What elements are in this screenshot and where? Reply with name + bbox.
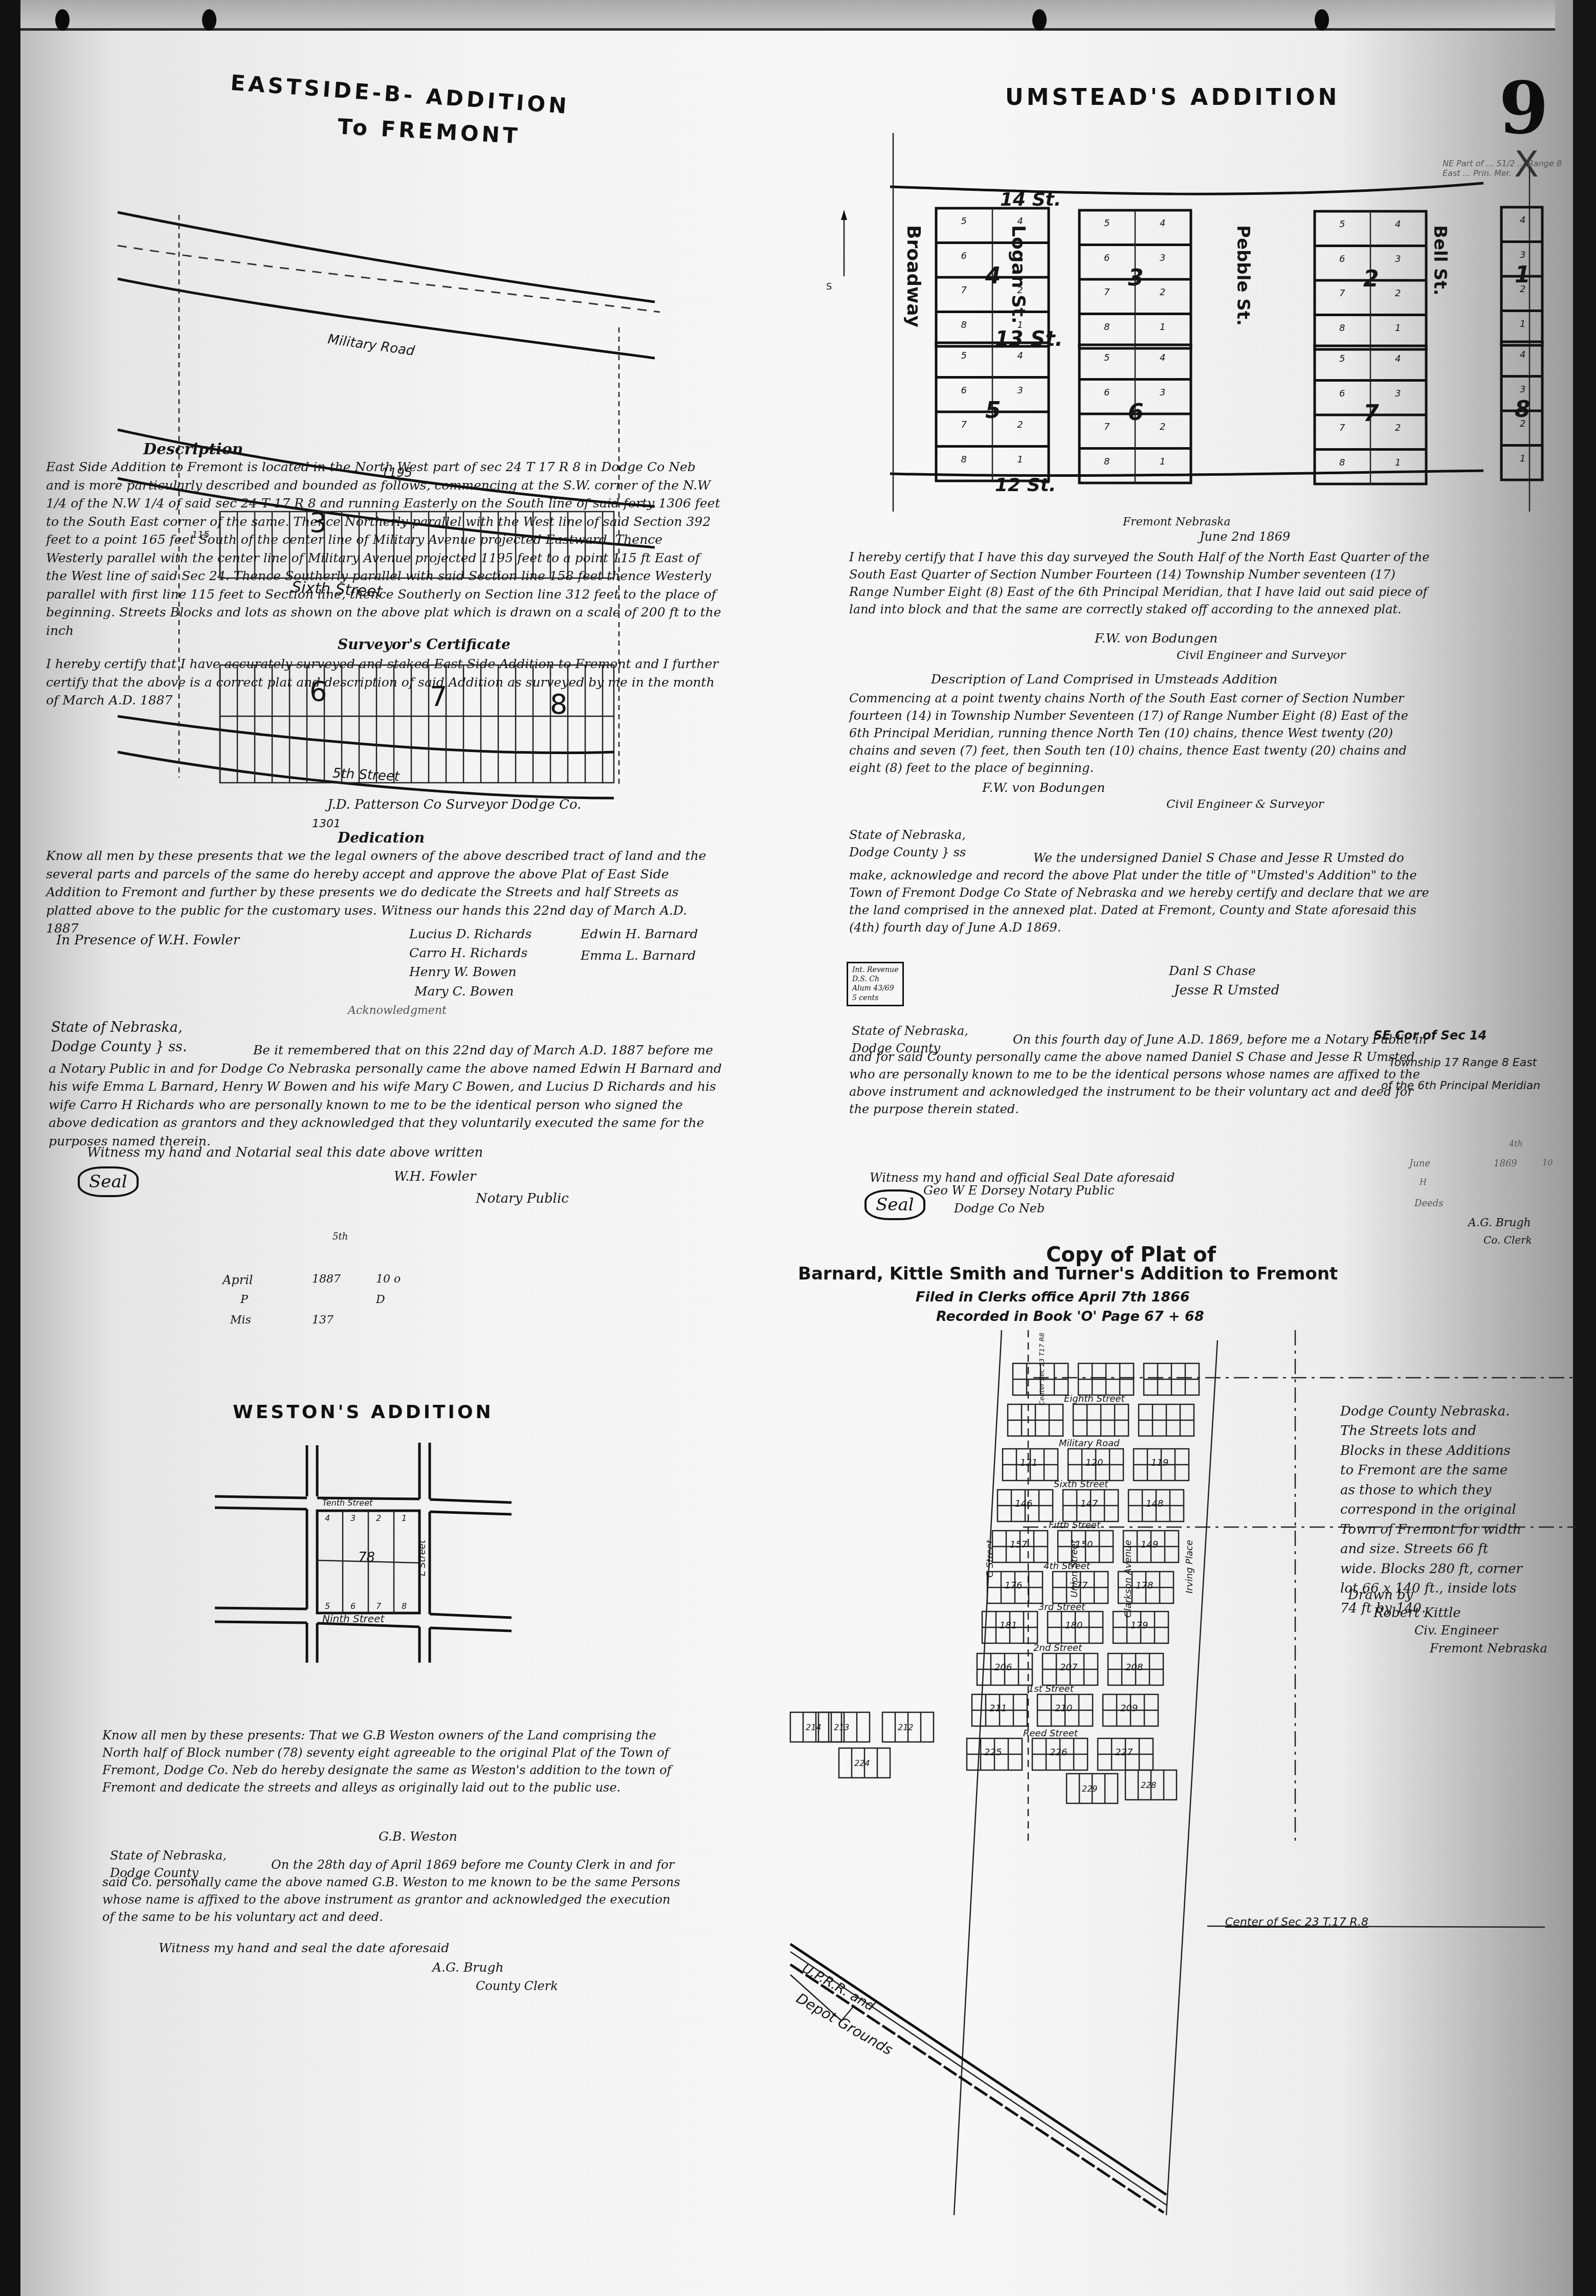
lot-number: 7 [961,420,966,430]
lot-number: 1 [1520,453,1525,464]
block-number: 4 [985,263,1001,289]
block-number: 206 [994,1662,1012,1673]
lot-number: 6 [1339,254,1345,264]
lot-number: 5 [1339,219,1345,230]
block-number: 226 [1050,1747,1067,1758]
block-number: 214 [806,1723,822,1732]
lot-number: 1 [1160,456,1165,467]
lot-number: 6 [961,251,966,261]
block-number: 147 [1080,1498,1098,1509]
block-number: 5 [985,398,1001,424]
lot-number: 2 [1017,285,1023,296]
lot-number: 8 [1104,456,1110,467]
lot-number: 2 [1395,288,1401,299]
street-label: 1st Street [1028,1684,1074,1694]
lot-number: 8 [1339,457,1345,468]
lot-number: 7 [961,285,966,296]
block-number: 146 [1015,1498,1032,1509]
block-number: 120 [1085,1458,1103,1468]
lot-number: 4 [1520,349,1525,360]
block-number: 6 [1128,400,1144,426]
barnard-plat-map [0,0,1596,2296]
block-number: 210 [1055,1703,1072,1714]
street-label: Eighth Street [1064,1394,1125,1404]
block-number: 228 [1141,1780,1157,1790]
block-number: 211 [989,1703,1007,1714]
lot-number: 2 [1520,418,1525,429]
lot-number: 4 [1160,218,1165,229]
block-number: 2 [1363,266,1379,292]
lot-number: 4 [1520,215,1525,226]
block-number: 148 [1146,1498,1163,1509]
lot-number: 3 [1520,250,1525,260]
lot-number: 4 [1017,216,1023,227]
lot-number: 4 [1017,350,1023,361]
block-number: 121 [1020,1458,1037,1468]
block-number: 207 [1060,1662,1077,1673]
lot-number: 1 [1160,322,1165,333]
street-label: Sixth Street [1054,1479,1108,1490]
block-number: 229 [1082,1784,1098,1794]
lot-number: 4 [1395,219,1401,230]
block-number: 176 [1005,1580,1022,1591]
street-label: 4th Street [1044,1561,1090,1572]
street-label: C Street [985,1540,995,1577]
street-label: Clarkson Avenue [1123,1540,1134,1618]
lot-number: 8 [961,320,966,330]
block-number: 149 [1141,1539,1158,1550]
lot-number: 5 [961,350,966,361]
lot-number: 3 [1017,251,1023,261]
lot-number: 5 [1104,352,1110,363]
lot-number: 1 [1395,323,1401,334]
lot-number: 7 [1339,288,1345,299]
barnard-drawn-by: Drawn by [1348,1586,1413,1605]
street-label: Fifth Street [1049,1520,1100,1531]
lot-number: 4 [1395,354,1401,364]
lot-number: 2 [1520,284,1525,295]
block-number: 119 [1151,1458,1168,1468]
block-number: 213 [834,1723,850,1732]
street-label: Irving Place [1184,1540,1195,1594]
lot-number: 2 [1160,422,1165,432]
block-number: 157 [1010,1539,1027,1550]
block-number: 7 [1363,401,1379,427]
lot-number: 7 [1339,423,1345,433]
street-label: Reed Street [1023,1728,1078,1739]
block-number: 3 [1128,265,1144,291]
lot-number: 3 [1395,254,1401,264]
lot-number: 6 [1104,253,1110,263]
lot-number: 2 [1160,287,1165,298]
lot-number: 3 [1395,388,1401,399]
lot-number: 8 [1339,323,1345,334]
lot-number: 5 [1339,354,1345,364]
lot-number: 1 [1017,320,1023,330]
lot-number: 3 [1160,387,1165,398]
block-number: 224 [854,1758,870,1768]
lot-number: 6 [1339,388,1345,399]
block-number: 181 [1000,1620,1017,1631]
lot-number: 6 [961,385,966,396]
block-number: 208 [1125,1662,1143,1673]
block-number: 178 [1136,1580,1153,1591]
block-number: 180 [1065,1620,1082,1631]
lot-number: 2 [1395,423,1401,433]
section-center-vertical: Center Sec 23 T17 R8 [1038,1333,1046,1405]
lot-number: 8 [961,454,966,465]
block-number: 212 [898,1723,914,1732]
barnard-engineer-place: Fremont Nebraska [1430,1640,1547,1657]
lot-number: 5 [1104,218,1110,229]
block-number: 179 [1130,1620,1148,1631]
lot-number: 8 [1104,322,1110,333]
street-label: Military Road [1059,1438,1119,1449]
block-number: 209 [1120,1703,1138,1714]
street-label: 3rd Street [1038,1602,1085,1613]
lot-number: 1 [1395,457,1401,468]
lot-number: 3 [1520,384,1525,395]
section-center-label: Center of Sec 23 T.17 R.8 [1225,1916,1368,1929]
lot-number: 1 [1520,319,1525,329]
lot-number: 7 [1104,422,1110,432]
lot-number: 7 [1104,287,1110,298]
barnard-engineer-signature: Robert Kittle [1373,1604,1461,1623]
lot-number: 3 [1017,385,1023,396]
barnard-engineer-title: Civ. Engineer [1414,1622,1498,1639]
lot-number: 2 [1017,420,1023,430]
lot-number: 3 [1160,253,1165,263]
block-number: 227 [1115,1747,1133,1758]
lot-number: 4 [1160,352,1165,363]
block-number: 225 [984,1747,1002,1758]
street-label: Union Street [1069,1540,1080,1598]
lot-number: 6 [1104,387,1110,398]
lot-number: 1 [1017,454,1023,465]
street-label: 2nd Street [1033,1643,1082,1653]
lot-number: 5 [961,216,966,227]
